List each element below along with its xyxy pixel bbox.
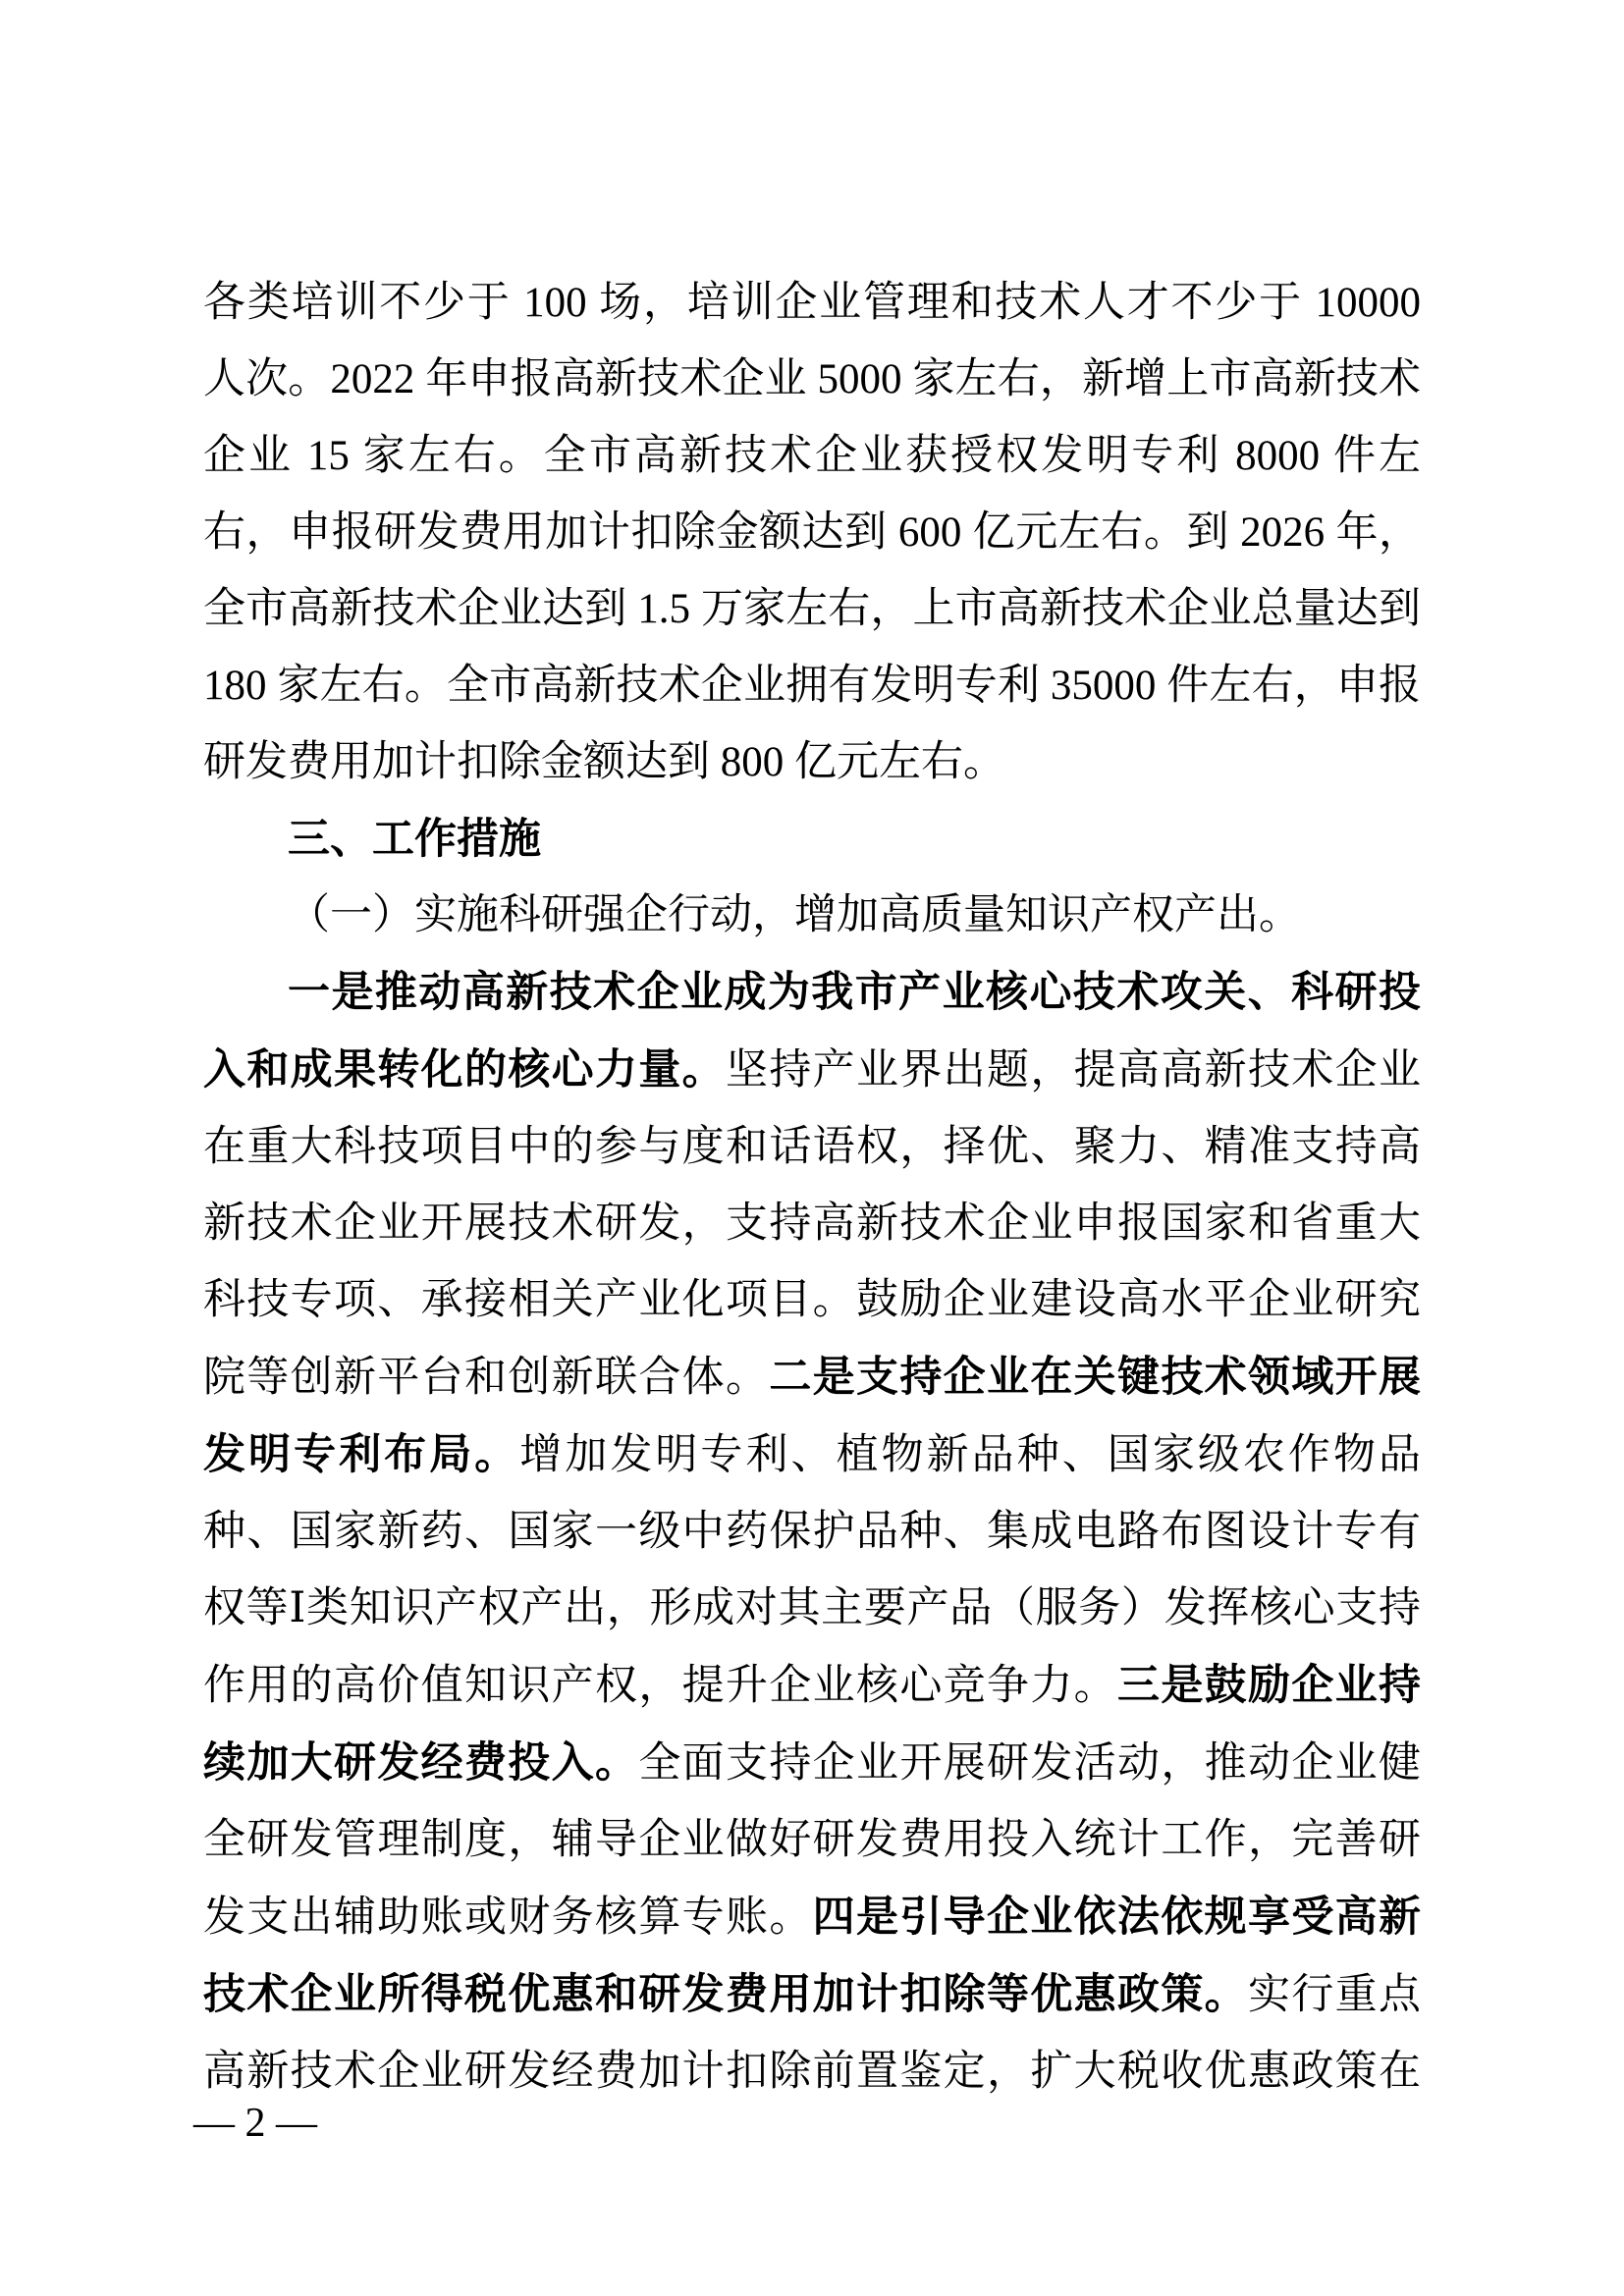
paragraph-measures: 一是推动高新技术企业成为我市产业核心技术攻关、科研投入和成果转化的核心力量。坚持… bbox=[203, 954, 1421, 2110]
page-number: — 2 — bbox=[193, 2099, 317, 2148]
measure-1-body: 坚持产业界出题，提高高新技术企业在重大科技项目中的参与度和话语权，择优、聚力、精… bbox=[203, 1047, 1421, 1401]
paragraph-annual-targets: 各类培训不少于 100 场，培训企业管理和技术人才不少于 10000 人次。20… bbox=[203, 265, 1421, 801]
document-page: 各类培训不少于 100 场，培训企业管理和技术人才不少于 10000 人次。20… bbox=[0, 0, 1624, 2296]
section-heading-work-measures: 三、工作措施 bbox=[203, 801, 1421, 878]
subsection-heading-research-action: （一）实施科研强企行动，增加高质量知识产权产出。 bbox=[203, 878, 1421, 954]
document-body: 各类培训不少于 100 场，培训企业管理和技术人才不少于 10000 人次。20… bbox=[203, 265, 1421, 2110]
